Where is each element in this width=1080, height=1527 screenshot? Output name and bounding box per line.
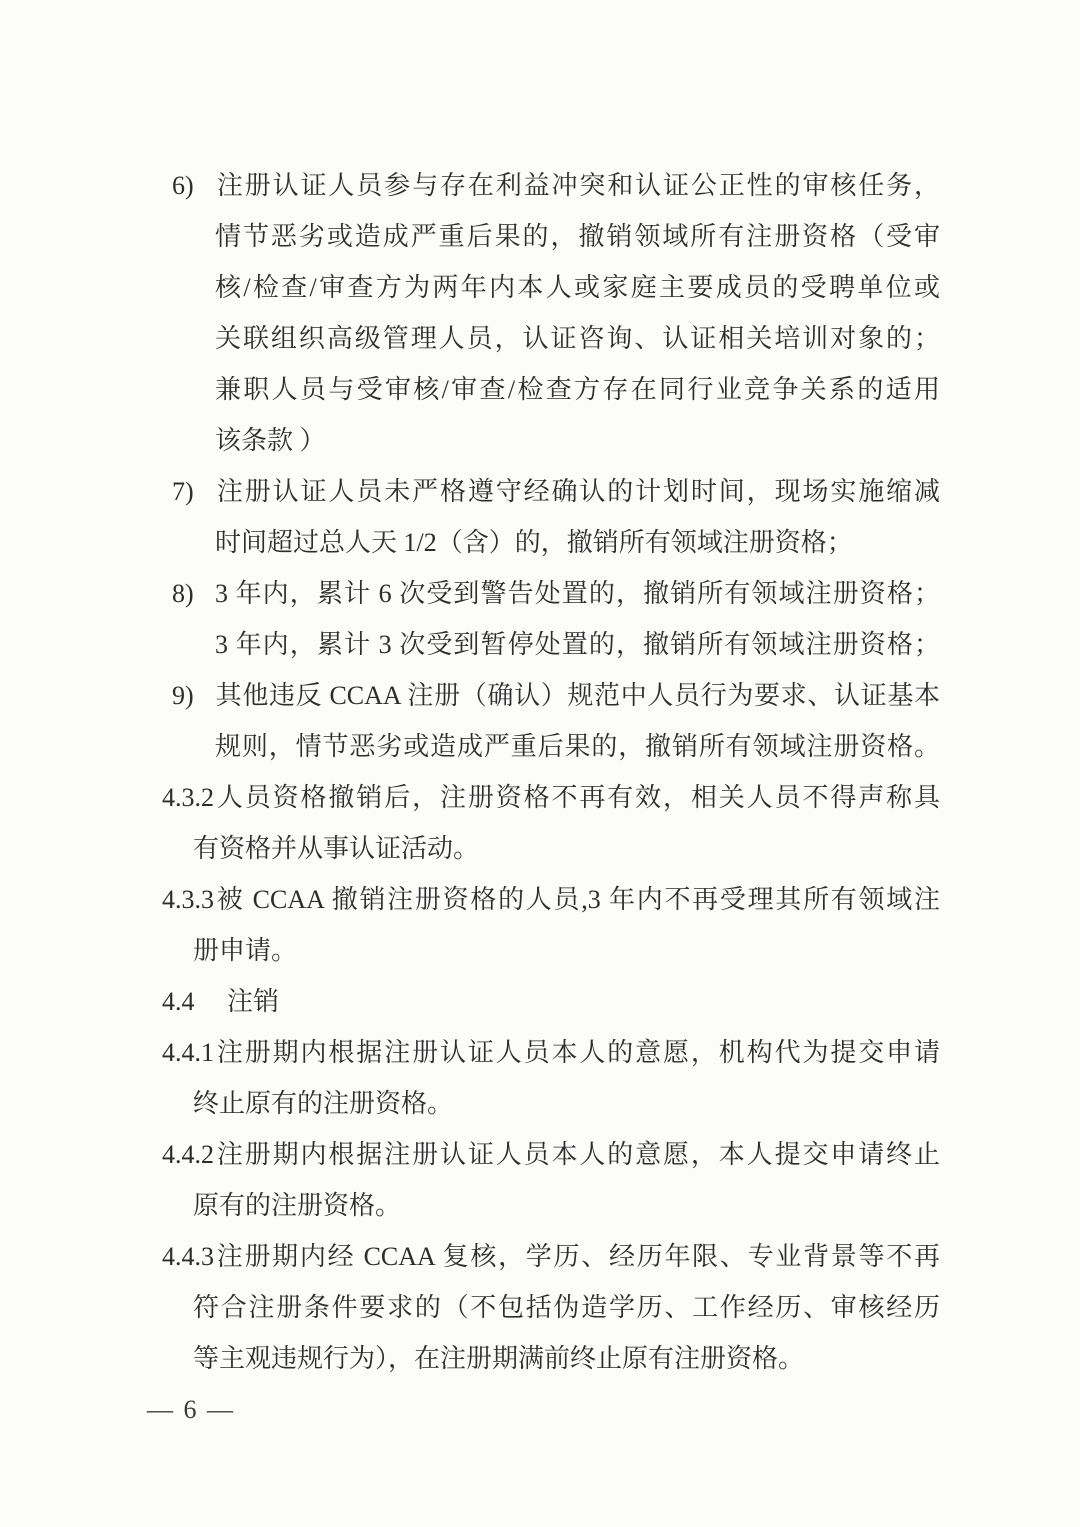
line-text: 注册期内根据注册认证人员本人的意愿，机构代为提交申请 — [215, 1038, 940, 1067]
line-text: 兼职人员与受审核/审查/检查方存在同行业竞争关系的适用 — [215, 375, 940, 404]
line-text: 等主观违规行为），在注册期满前终止原有注册资格。 — [193, 1344, 804, 1373]
line-text: 被 CCAA 撤销注册资格的人员,3 年内不再受理其所有领域注 — [215, 885, 940, 914]
item-number: 8) — [172, 568, 215, 619]
line-text: 原有的注册资格。 — [193, 1191, 401, 1220]
line-text: 3 年内，累计 3 次受到暂停处置的，撤销所有领域注册资格； — [215, 630, 940, 659]
line-text: 关联组织高级管理人员，认证咨询、认证相关培训对象的； — [215, 324, 940, 353]
text-line: 时间超过总人天 1/2（含）的，撤销所有领域注册资格； — [215, 517, 940, 568]
text-line: 符合注册条件要求的（不包括伪造学历、工作经历、审核经历 — [193, 1282, 940, 1333]
text-line: 兼职人员与受审核/审查/检查方存在同行业竞争关系的适用 — [215, 364, 940, 415]
text-line: 该条款 ） — [215, 415, 940, 466]
text-line: 规则，情节恶劣或造成严重后果的，撤销所有领域注册资格。 — [215, 721, 940, 772]
text-line: 情节恶劣或造成严重后果的，撤销领域所有注册资格（受审 — [215, 211, 940, 262]
text-line: 6)注册认证人员参与存在利益冲突和认证公正性的审核任务， — [172, 160, 940, 211]
item-number: 9) — [172, 670, 215, 721]
item-number: 6) — [172, 160, 215, 211]
text-line: 4.4.2注册期内根据注册认证人员本人的意愿，本人提交申请终止 — [162, 1129, 940, 1180]
text-line: 4.3.2人员资格撤销后，注册资格不再有效，相关人员不得声称具 — [162, 772, 940, 823]
line-text: 终止原有的注册资格。 — [193, 1089, 453, 1118]
section-number: 4.3.3 — [162, 874, 215, 925]
section-number: 4.3.2 — [162, 772, 215, 823]
line-text: 注册认证人员参与存在利益冲突和认证公正性的审核任务， — [215, 171, 940, 200]
document-page: 6)注册认证人员参与存在利益冲突和认证公正性的审核任务， 情节恶劣或造成严重后果… — [0, 0, 1080, 1527]
line-text: 情节恶劣或造成严重后果的，撤销领域所有注册资格（受审 — [215, 222, 940, 251]
line-text: 注册期内经 CCAA 复核，学历、经历年限、专业背景等不再 — [215, 1242, 940, 1271]
section-number: 4.4.3 — [162, 1231, 215, 1282]
section-number: 4.4 — [162, 976, 227, 1027]
text-line: 7)注册认证人员未严格遵守经确认的计划时间，现场实施缩减 — [172, 466, 940, 517]
document-text-block: 6)注册认证人员参与存在利益冲突和认证公正性的审核任务， 情节恶劣或造成严重后果… — [0, 160, 1080, 1435]
page-number: — 6 — — [147, 1384, 1080, 1435]
text-line: 4.4.3注册期内经 CCAA 复核，学历、经历年限、专业背景等不再 — [162, 1231, 940, 1282]
line-text: 核/检查/审查方为两年内本人或家庭主要成员的受聘单位或 — [215, 273, 940, 302]
text-line: 4.3.3被 CCAA 撤销注册资格的人员,3 年内不再受理其所有领域注 — [162, 874, 940, 925]
text-line: 核/检查/审查方为两年内本人或家庭主要成员的受聘单位或 — [215, 262, 940, 313]
line-text: 规则，情节恶劣或造成严重后果的，撤销所有领域注册资格。 — [215, 732, 940, 761]
text-line: 4.4.1注册期内根据注册认证人员本人的意愿，机构代为提交申请 — [162, 1027, 940, 1078]
line-text: 时间超过总人天 1/2（含）的，撤销所有领域注册资格； — [215, 528, 853, 557]
text-line: 有资格并从事认证活动。 — [193, 823, 940, 874]
line-text: 该条款 ） — [215, 426, 326, 455]
line-text: 有资格并从事认证活动。 — [193, 834, 479, 863]
line-text: 其他违反 CCAA 注册（确认）规范中人员行为要求、认证基本 — [215, 681, 940, 710]
line-text: 3 年内，累计 6 次受到警告处置的，撤销所有领域注册资格； — [215, 579, 940, 608]
text-line: 9)其他违反 CCAA 注册（确认）规范中人员行为要求、认证基本 — [172, 670, 940, 721]
line-text: 注册期内根据注册认证人员本人的意愿，本人提交申请终止 — [215, 1140, 940, 1169]
item-number: 7) — [172, 466, 215, 517]
section-number: 4.4.1 — [162, 1027, 215, 1078]
text-line: 等主观违规行为），在注册期满前终止原有注册资格。 — [193, 1333, 940, 1384]
text-line: 册申请。 — [193, 925, 940, 976]
section-number: 4.4.2 — [162, 1129, 215, 1180]
text-line: 原有的注册资格。 — [193, 1180, 940, 1231]
section-heading: 4.4注销 — [162, 976, 940, 1027]
text-line: 终止原有的注册资格。 — [193, 1078, 940, 1129]
line-text: 人员资格撤销后，注册资格不再有效，相关人员不得声称具 — [215, 783, 940, 812]
line-text: 注销 — [227, 987, 279, 1016]
line-text: 册申请。 — [193, 936, 297, 965]
line-text: 符合注册条件要求的（不包括伪造学历、工作经历、审核经历 — [193, 1293, 940, 1322]
text-line: 8)3 年内，累计 6 次受到警告处置的，撤销所有领域注册资格； — [172, 568, 940, 619]
text-line: 关联组织高级管理人员，认证咨询、认证相关培训对象的； — [215, 313, 940, 364]
text-line: 3 年内，累计 3 次受到暂停处置的，撤销所有领域注册资格； — [215, 619, 940, 670]
line-text: 注册认证人员未严格遵守经确认的计划时间，现场实施缩减 — [215, 477, 940, 506]
